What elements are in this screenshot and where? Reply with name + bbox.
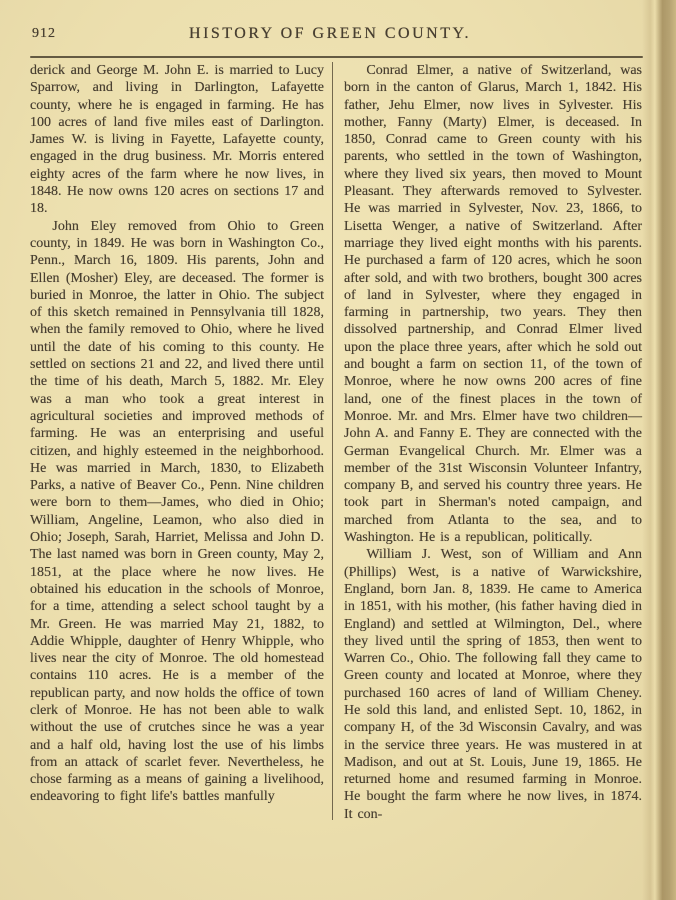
book-edge-shadow — [642, 0, 676, 900]
paragraph-conrad-elmer: Conrad Elmer, a native of Switzerland, w… — [344, 62, 642, 546]
paragraph-john-eley: John Eley removed from Ohio to Green cou… — [30, 218, 324, 806]
right-column: Conrad Elmer, a native of Switzerland, w… — [344, 62, 642, 823]
column-divider — [332, 62, 333, 820]
left-column: derick and George M. John E. is married … — [30, 62, 324, 806]
paragraph-continuation-morris: derick and George M. John E. is married … — [30, 62, 324, 218]
header-rule — [30, 56, 643, 58]
running-title: HISTORY OF GREEN COUNTY. — [0, 25, 660, 43]
paragraph-william-west: William J. West, son of William and Ann … — [344, 546, 642, 823]
